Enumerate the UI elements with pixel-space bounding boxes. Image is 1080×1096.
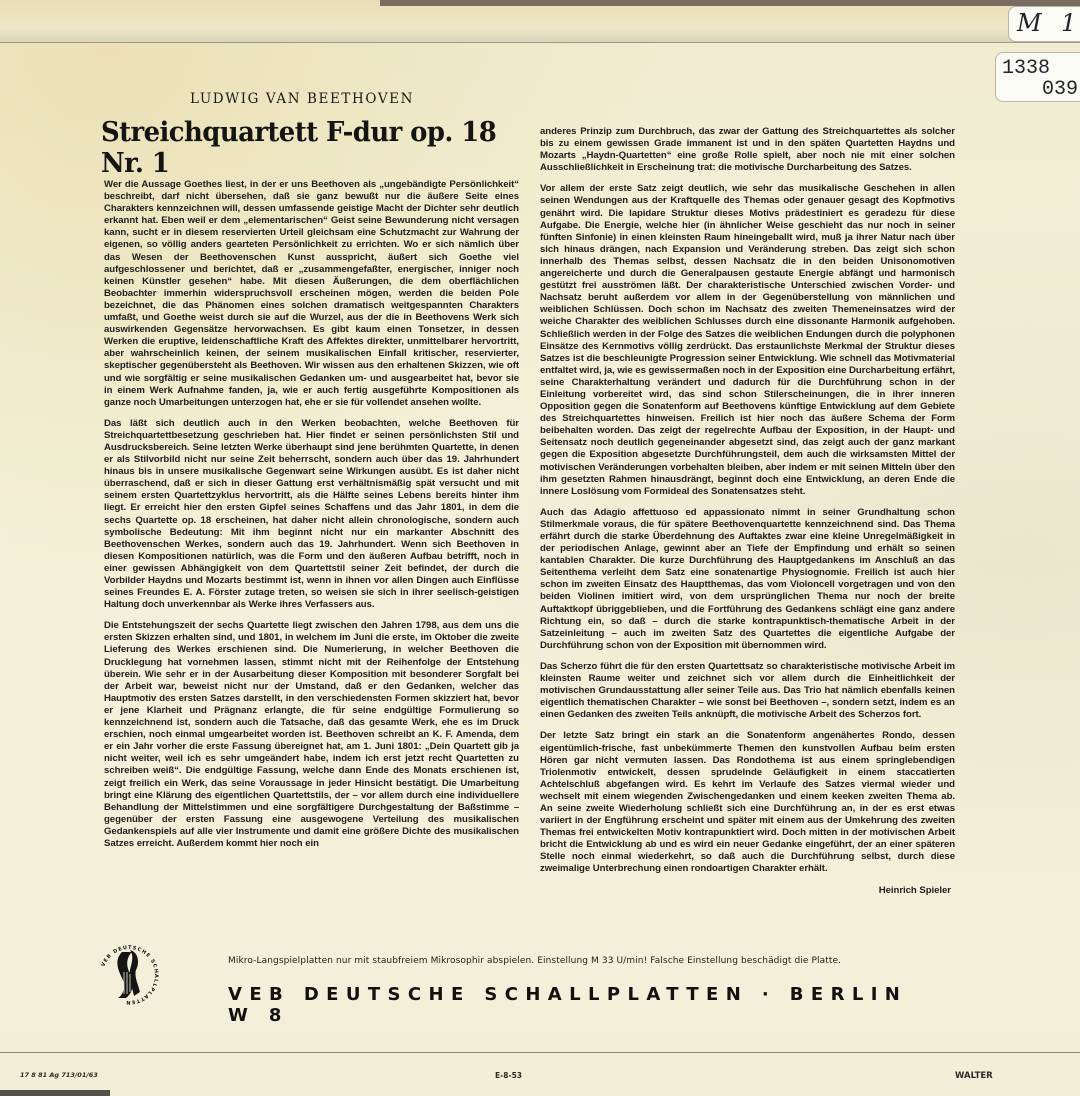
sleeve-bottom-fold: [0, 1052, 1080, 1053]
paragraph: Das Scherzo führt die für den ersten Qua…: [540, 661, 955, 721]
paragraph: Vor allem der erste Satz zeigt deutlich,…: [540, 183, 955, 497]
paragraph: Der letzte Satz bringt ein stark an die …: [540, 730, 955, 875]
paragraph: Wer die Aussage Goethes liest, in der er…: [104, 179, 519, 409]
paragraph: anderes Prinzip zum Durchbruch, das zwar…: [540, 126, 955, 174]
liner-notes-left-column: Wer die Aussage Goethes liest, in der er…: [104, 179, 519, 859]
catalog-number-line2: 039: [1042, 78, 1078, 101]
veb-deutsche-schallplatten-logo-icon: VEB DEUTSCHE SCHALLPLATTEN: [96, 942, 162, 1008]
handwritten-sticker: M 1: [1008, 6, 1080, 42]
paragraph: Die Entstehungszeit der sechs Quartette …: [104, 620, 519, 850]
center-code: E-8-53: [495, 1071, 522, 1080]
paragraph: Auch das Adagio affettuoso ed appassiona…: [540, 507, 955, 652]
catalog-sticker: 1338 039: [995, 52, 1080, 102]
playback-notice: Mikro-Langspielplatten nur mit staubfrei…: [228, 956, 928, 966]
sleeve-edge-shadow: [0, 1090, 110, 1096]
handwritten-mark-1: M: [1017, 9, 1042, 37]
sleeve-top-edge: [0, 0, 1080, 43]
catalog-number-line1: 1338: [1002, 57, 1050, 80]
handwritten-mark-2: 1: [1061, 9, 1076, 37]
liner-notes-right-column: anderes Prinzip zum Durchbruch, das zwar…: [540, 126, 955, 897]
publisher-name: VEB DEUTSCHE SCHALLPLATTEN · BERLIN W 8: [228, 984, 928, 1026]
paragraph: Das läßt sich deutlich auch in den Werke…: [104, 418, 519, 612]
work-title: Streichquartett F-dur op. 18 Nr. 1: [101, 117, 514, 179]
printer-name: WALTER: [955, 1071, 993, 1081]
print-code: 17 8 81 Ag 713/01/63: [20, 1071, 98, 1079]
composer-name: LUDWIG VAN BEETHOVEN: [190, 91, 490, 107]
author-signature: Heinrich Spieler: [540, 885, 955, 897]
